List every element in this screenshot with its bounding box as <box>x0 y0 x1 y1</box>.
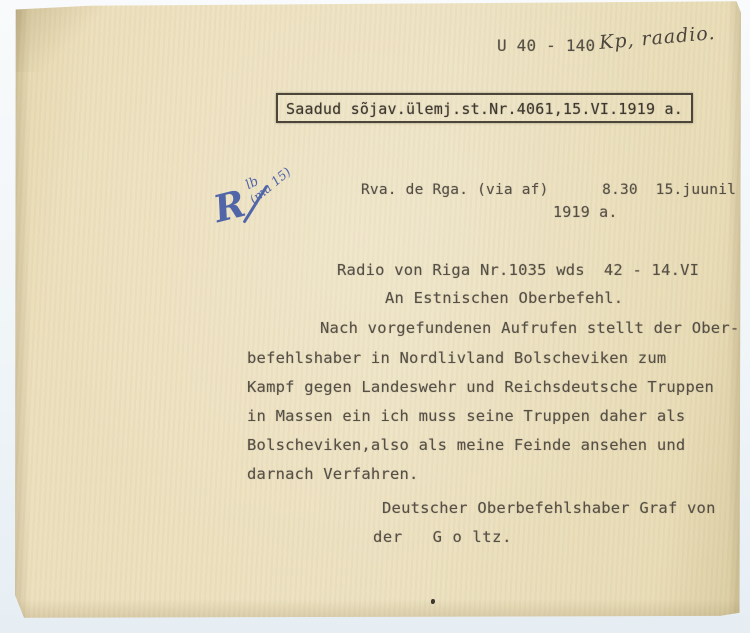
paper-edge-left <box>14 0 30 633</box>
heading-year-line: 1919 a. <box>553 203 618 221</box>
body-line-6: darnach Verfahren. <box>247 465 419 483</box>
signature-line-2: der G o ltz. <box>373 528 512 546</box>
body-line-3: Kampf gegen Landeswehr und Reichsdeutsch… <box>247 378 714 396</box>
blue-ink-annotation: lb R (ma 15) <box>198 176 318 248</box>
message-addressee-line: An Estnischen Oberbefehl. <box>385 289 623 307</box>
message-source-line: Radio von Riga Nr.1035 wds 42 - 14.VI <box>337 261 699 279</box>
body-line-5: Bolscheviken,also als meine Feinde anseh… <box>247 436 685 454</box>
blue-annotation-initial: R <box>209 181 249 231</box>
paper-edge-bottom <box>0 599 750 625</box>
body-line-4: in Massen ein ich muss seine Truppen dah… <box>247 407 685 425</box>
body-line-2: befehlshaber in Nordlivland Bolscheviken… <box>247 349 666 367</box>
reference-note-handwritten: Kp, raadio. <box>598 22 716 54</box>
reference-number-typed: U 40 - 140 <box>497 36 595 55</box>
body-line-1: Nach vorgefundenen Aufrufen stellt der O… <box>320 319 739 337</box>
signature-line-1: Deutscher Oberbefehlshaber Graf von <box>382 499 716 517</box>
paper-sheet: U 40 - 140 Kp, raadio. Saadud sõjav.ülem… <box>0 0 750 633</box>
paper-edge-right <box>728 0 742 633</box>
received-stamp-box: Saadud sõjav.ülemj.st.Nr.4061,15.VI.1919… <box>276 93 693 123</box>
scanned-document-page: U 40 - 140 Kp, raadio. Saadud sõjav.ülem… <box>0 0 750 633</box>
received-stamp-text: Saadud sõjav.ülemj.st.Nr.4061,15.VI.1919… <box>286 100 683 118</box>
heading-route-line: Rva. de Rga. (via af) 8.30 15.juunil <box>361 182 736 198</box>
